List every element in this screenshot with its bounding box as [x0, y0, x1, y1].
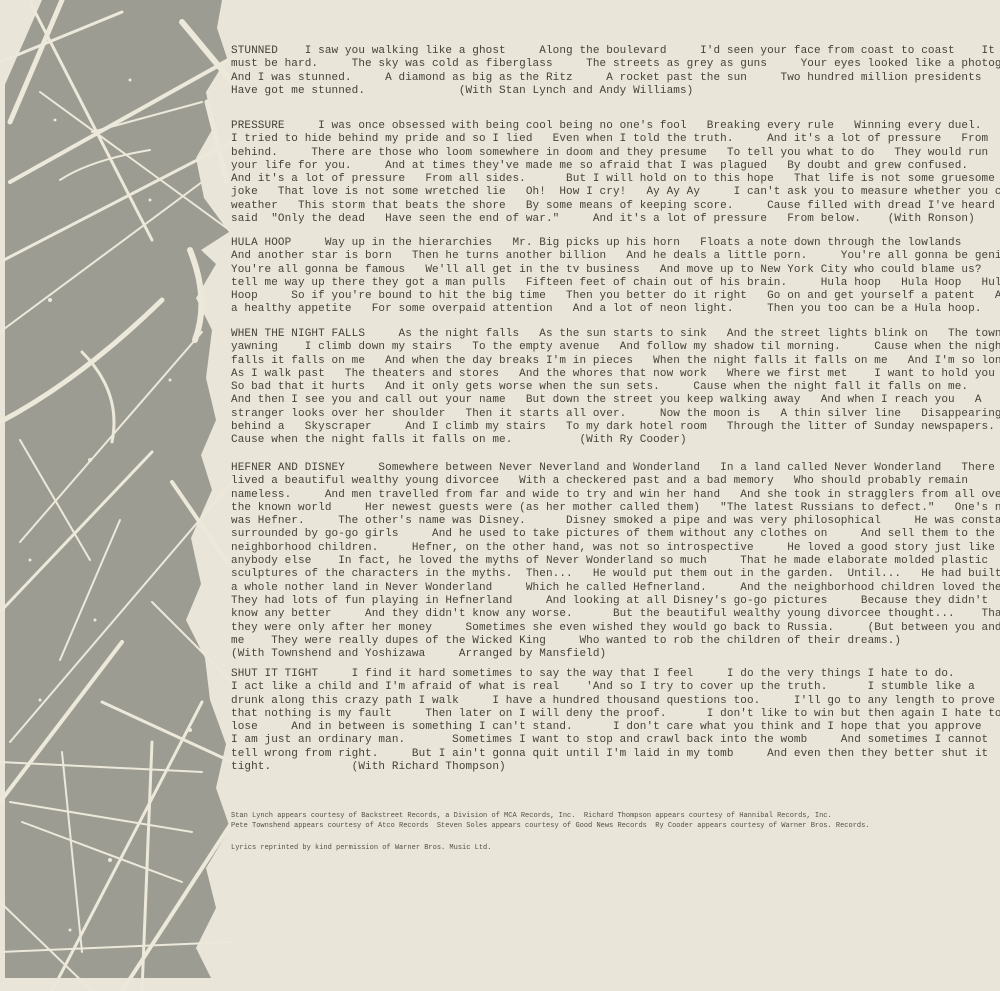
- lyric-line: weather This storm that beats the shore …: [231, 200, 991, 213]
- lyric-line: HULA HOOP Way up in the hierarchies Mr. …: [231, 237, 991, 250]
- lyric-line: nameless. And men travelled from far and…: [231, 489, 991, 502]
- lyric-line: STUNNED I saw you walking like a ghost A…: [231, 45, 991, 58]
- lyric-line: me They were really dupes of the Wicked …: [231, 635, 991, 648]
- lyric-line: a healthy appetite For some overpaid att…: [231, 303, 991, 316]
- lyric-line: tell me way up there they got a man pull…: [231, 277, 991, 290]
- lyric-line: behind a Skyscraper And I climb my stair…: [231, 421, 991, 434]
- song-block-shut-it-tight: SHUT IT TIGHT I find it hard sometimes t…: [231, 668, 991, 774]
- lyric-line: Cause when the night falls it falls on m…: [231, 434, 991, 447]
- lyrics-panel: STUNNED I saw you walking like a ghost A…: [231, 0, 991, 991]
- song-block-hefner-and-disney: HEFNER AND DISNEY Somewhere between Neve…: [231, 462, 991, 661]
- song-block-when-the-night-falls: WHEN THE NIGHT FALLS As the night falls …: [231, 328, 991, 448]
- lyric-line: SHUT IT TIGHT I find it hard sometimes t…: [231, 668, 991, 681]
- lyric-line: surrounded by go-go girls And he used to…: [231, 528, 991, 541]
- lyric-line: a whole nother land in Never Wonderland …: [231, 582, 991, 595]
- album-inner-sleeve: STUNNED I saw you walking like a ghost A…: [0, 0, 1000, 991]
- lyric-line: I tried to hide behind my pride and so I…: [231, 133, 991, 146]
- lyric-line: lived a beautiful wealthy young divorcee…: [231, 475, 991, 488]
- lyrics-permission-note: Lyrics reprinted by kind permission of W…: [231, 844, 991, 854]
- credit-line: Stan Lynch appears courtesy of Backstree…: [231, 812, 991, 822]
- lyric-line: I am just an ordinary man. Sometimes I w…: [231, 734, 991, 747]
- lyric-line: drunk along this crazy path I walk I hav…: [231, 695, 991, 708]
- lyric-line: lose And in between is something I can't…: [231, 721, 991, 734]
- lyric-line: And it's a lot of pressure From all side…: [231, 173, 991, 186]
- lyric-line: falls it falls on me And when the day br…: [231, 355, 991, 368]
- lyric-line: they were only after her money Sometimes…: [231, 622, 991, 635]
- lyric-line: must be hard. The sky was cold as fiberg…: [231, 58, 991, 71]
- lyric-line: Have got me stunned. (With Stan Lynch an…: [231, 85, 991, 98]
- lyric-line: know any better And they didn't know any…: [231, 608, 991, 621]
- lyric-line: your life for you. And at times they've …: [231, 160, 991, 173]
- lyric-line: And another star is born Then he turns a…: [231, 250, 991, 263]
- lyric-line: stranger looks over her shoulder Then it…: [231, 408, 991, 421]
- lyric-line: You're all gonna be famous We'll all get…: [231, 264, 991, 277]
- lyric-line: They had lots of fun playing in Hefnerla…: [231, 595, 991, 608]
- song-block-stunned: STUNNED I saw you walking like a ghost A…: [231, 45, 991, 98]
- lyric-line: anybody else In fact, he loved the myths…: [231, 555, 991, 568]
- lyric-line: tight. (With Richard Thompson): [231, 761, 991, 774]
- lyric-line: the known world Her newest guests were (…: [231, 502, 991, 515]
- lyric-line: that nothing is my fault Then later on I…: [231, 708, 991, 721]
- lyric-line: And I was stunned. A diamond as big as t…: [231, 72, 991, 85]
- lyric-line: And then I see you and call out your nam…: [231, 394, 991, 407]
- lyric-line: yawning I climb down my stairs To the em…: [231, 341, 991, 354]
- lyric-line: (With Townshend and Yoshizawa Arranged b…: [231, 648, 991, 661]
- song-block-hula-hoop: HULA HOOP Way up in the hierarchies Mr. …: [231, 237, 991, 317]
- lyric-line: said "Only the dead Have seen the end of…: [231, 213, 991, 226]
- lyric-line: was Hefner. The other's name was Disney.…: [231, 515, 991, 528]
- lyric-line: As I walk past The theaters and stores A…: [231, 368, 991, 381]
- sleeve-artwork-scratches: [0, 0, 245, 991]
- lyric-line: HEFNER AND DISNEY Somewhere between Neve…: [231, 462, 991, 475]
- credits-block: Stan Lynch appears courtesy of Backstree…: [231, 812, 991, 831]
- lyric-line: I act like a child and I'm afraid of wha…: [231, 681, 991, 694]
- song-block-pressure: PRESSURE I was once obsessed with being …: [231, 120, 991, 226]
- lyric-line: sculptures of the characters in the myth…: [231, 568, 991, 581]
- credit-line: Pete Townshend appears courtesy of Atco …: [231, 822, 991, 832]
- lyric-line: tell wrong from right. But I ain't gonna…: [231, 748, 991, 761]
- permission-note-text: Lyrics reprinted by kind permission of W…: [231, 844, 991, 854]
- lyric-line: neighborhood children. Hefner, on the ot…: [231, 542, 991, 555]
- lyric-line: joke That love is not some wretched lie …: [231, 186, 991, 199]
- lyric-line: Hoop So if you're bound to hit the big t…: [231, 290, 991, 303]
- lyric-line: PRESSURE I was once obsessed with being …: [231, 120, 991, 133]
- lyric-line: behind. There are those who loom somewhe…: [231, 147, 991, 160]
- lyric-line: WHEN THE NIGHT FALLS As the night falls …: [231, 328, 991, 341]
- lyric-line: So bad that it hurts And it only gets wo…: [231, 381, 991, 394]
